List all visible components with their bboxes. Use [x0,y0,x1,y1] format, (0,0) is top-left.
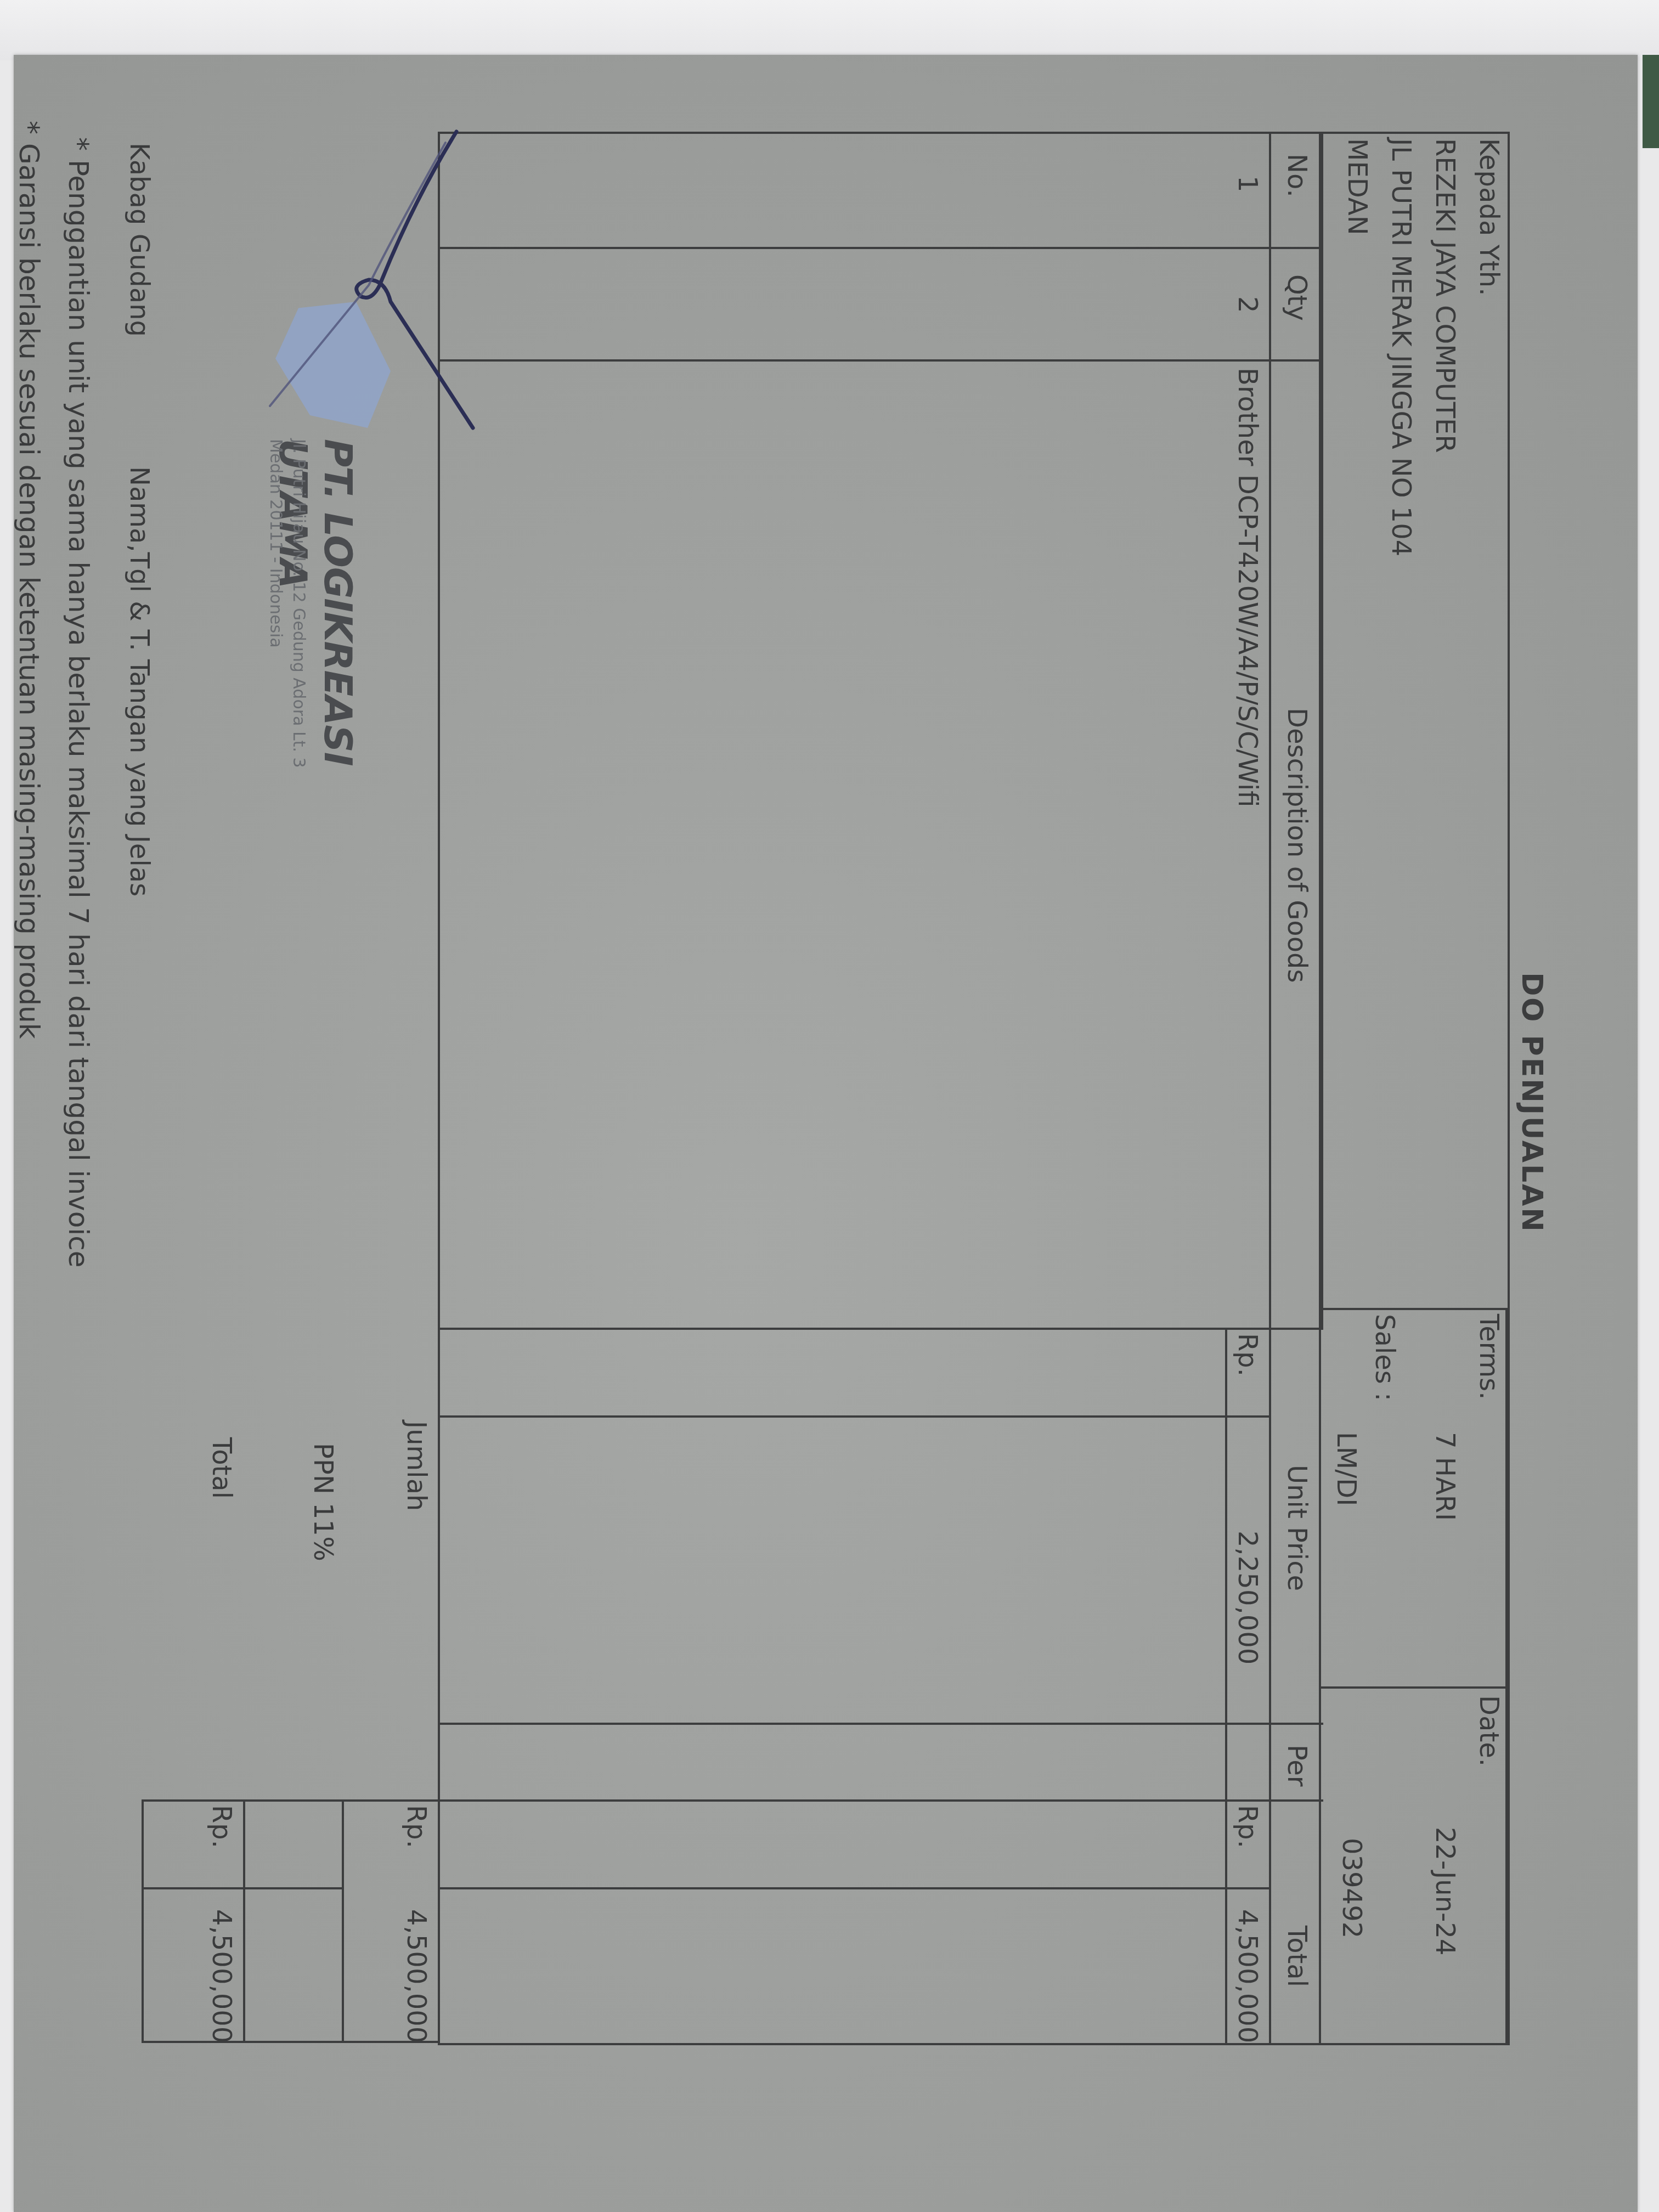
row-description: Brother DCP-T420W/A4/P/S/C/Wifi [1232,368,1263,808]
row-currency: Rp. [1232,1333,1263,1376]
signature-label-warehouse: Kabag Gudang [124,143,155,337]
stamp-address-line2: Medan 20111 - Indonesia [266,439,285,648]
recipient-city: MEDAN [1342,138,1373,235]
terms-value: 7 HARI [1430,1432,1460,1521]
table-surface [0,0,1659,60]
row-total: 4,500,000 [1232,1909,1263,2043]
row-total-currency: Rp. [1232,1805,1263,1848]
header-no: No. [1282,154,1312,198]
row-no: 1 [1232,176,1263,193]
terms-label: Terms. [1474,1314,1504,1400]
stamp-address-line1: Jl. Putri Hijau No. 12 Gedung Adora Lt. … [289,439,308,768]
header-total: Total [1282,1926,1312,1987]
recipient-address: JL PUTRI MERAK JINGGA NO 104 [1386,138,1417,556]
sales-value: LM/DI [1331,1432,1362,1506]
header-description: Description of Goods [1282,708,1312,983]
date-label: Date. [1474,1695,1504,1767]
jumlah-currency: Rp. [401,1805,432,1848]
date-value: 22-Jun-24 [1430,1827,1460,1955]
divider [1321,1686,1508,1689]
header-unit-price: Unit Price [1282,1465,1312,1591]
header-qty: Qty [1282,274,1312,321]
recipient-label: Kepada Yth. [1474,138,1504,296]
document-number: 039492 [1336,1838,1367,1938]
signature-mark [204,121,478,450]
delivery-order-document: DO PENJUALAN Kepada Yth. REZEKI JAYA COM… [111,115,1548,2090]
jumlah-value: 4,500,000 [401,1909,432,2043]
signature-label-receiver: Nama,Tgl & T. Tangan yang Jelas [124,466,155,896]
total-label: Total [206,1437,237,1499]
jumlah-label: Jumlah [401,1421,432,1511]
background-object [1643,55,1659,148]
items-table [438,132,1323,2045]
document-title: DO PENJUALAN [1515,115,1548,2090]
divider [1321,1308,1508,1310]
row-qty: 2 [1232,296,1263,313]
total-currency: Rp. [206,1805,237,1848]
sales-label: Sales : [1369,1314,1400,1401]
row-unit-price: 2,250,000 [1232,1531,1263,1664]
header-per: Per [1282,1745,1312,1787]
recipient-name: REZEKI JAYA COMPUTER [1430,138,1460,453]
total-value: 4,500,000 [206,1909,237,2043]
ppn-label: PPN 11% [308,1443,338,1561]
